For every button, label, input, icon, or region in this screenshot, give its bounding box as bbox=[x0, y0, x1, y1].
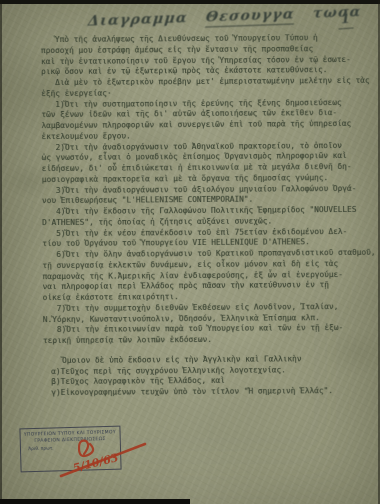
page-number: 1 bbox=[337, 11, 353, 29]
stamp-line: Ἀριθ. πρωτ. bbox=[21, 443, 120, 452]
scan-edge-top bbox=[0, 0, 380, 4]
typewritten-body: Ὑπὸ τῆς ἀναλήψεως τῆς Διευθύνσεως τοῦ Ὑπ… bbox=[41, 33, 362, 399]
scanned-document-page: Διαγραμμα Θεσουγγα τωσα 1 Ὑπὸ τῆς ἀναλήψ… bbox=[0, 0, 380, 504]
handwritten-word: Διαγραμμα bbox=[87, 10, 188, 30]
typed-line: ναι πληροφορίαι περὶ Ἑλλάδος πρὸς πᾶσαν … bbox=[42, 280, 360, 293]
typed-line: τερικῇ ὑπηρεσίᾳ τῶν λοιπῶν ἐκδόσεων. bbox=[43, 334, 361, 347]
office-stamp-text: ΥΠΟΥΡΓΕΙΟΝ ΤΥΠΟΥ ΚΑΙ ΤΟΥΡΙΣΜΟΥ ΓΡΑΦΕΙΟΝ … bbox=[20, 427, 119, 453]
office-stamp: ΥΠΟΥΡΓΕΙΟΝ ΤΥΠΟΥ ΚΑΙ ΤΟΥΡΙΣΜΟΥ ΓΡΑΦΕΙΟΝ … bbox=[19, 426, 121, 473]
scan-edge-left bbox=[0, 0, 2, 504]
typed-line: γ)Εἰκονογραφημένων τευχῶν ὑπὸ τὸν τίτλον… bbox=[43, 386, 361, 399]
handwritten-title: Διαγραμμα Θεσουγγα τωσα bbox=[87, 4, 359, 29]
typed-line: Διὰ μὲν τὸ ἐξωτερικὸν προέβην μετ' ἐμπερ… bbox=[41, 76, 359, 89]
scan-edge-bottom bbox=[0, 499, 190, 504]
typed-line: 4)Ὅτι τὴν ἔκδοσιν τῆς Γαλλοφώνου Πολιτικ… bbox=[42, 205, 360, 218]
typed-line: λαμβανομένων πληροφοριῶν καὶ συνεργειῶν … bbox=[41, 119, 359, 132]
handwritten-word-underlined: Θεσουγγα bbox=[205, 6, 296, 27]
